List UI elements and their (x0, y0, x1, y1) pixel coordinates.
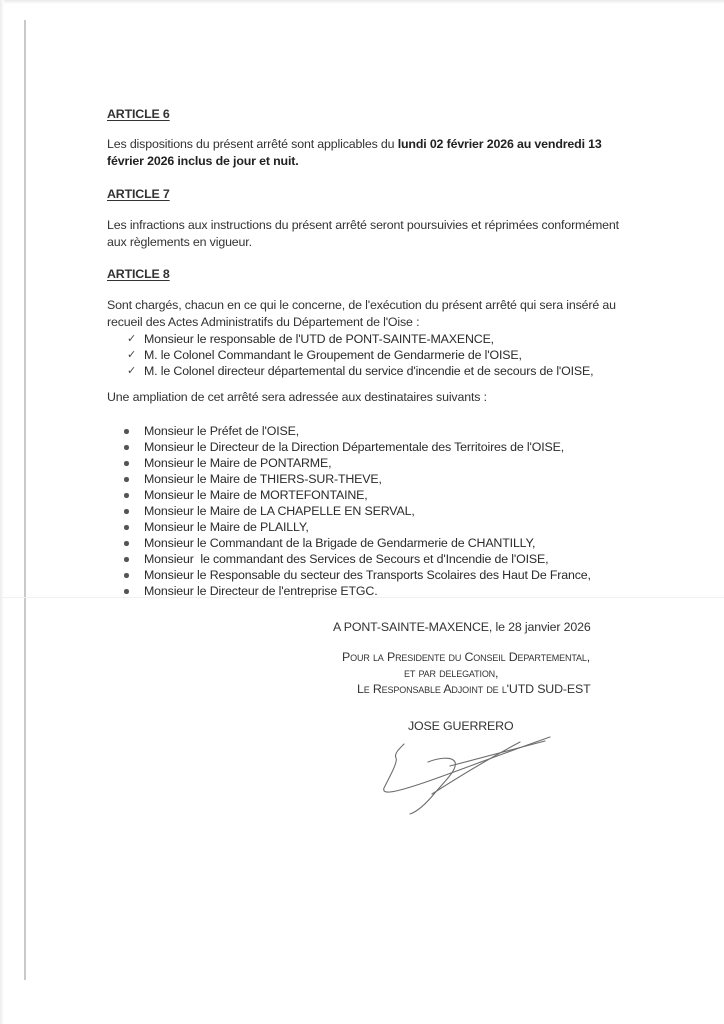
bullet-icon (124, 445, 129, 450)
list-item: Monsieur le Préfet de l'OISE, (107, 423, 627, 439)
article-8-body: Sont chargés, chacun en ce qui le concer… (107, 297, 627, 331)
bullet-icon (124, 509, 129, 514)
signatory-line-3: Le Responsable Adjoint de l'UTD SUD-EST (357, 682, 591, 696)
ampliation: Une ampliation de cet arrêté sera adress… (107, 389, 627, 599)
list-item: ✓M. le Colonel Commandant le Groupement … (107, 347, 627, 363)
bullet-icon (124, 541, 129, 546)
checkmark-icon: ✓ (127, 331, 136, 347)
margin-rule (24, 20, 26, 980)
article-6: ARTICLE 6 Les dispositions du présent ar… (107, 106, 627, 170)
list-item: Monsieur le commandant des Services de S… (107, 551, 627, 567)
responsibles-list: ✓Monsieur le responsable de l'UTD de PON… (107, 331, 627, 379)
list-item: ✓M. le Colonel directeur départemental d… (107, 363, 627, 379)
list-item: Monsieur le Maire de LA CHAPELLE EN SERV… (107, 503, 627, 519)
list-item: Monsieur le Maire de PLAILLY, (107, 519, 627, 535)
bullet-icon (124, 429, 129, 434)
list-item: Monsieur le Maire de THIERS-SUR-THEVE, (107, 471, 627, 487)
page-edge-left (0, 0, 4, 1024)
article-8-title: ARTICLE 8 (107, 266, 627, 283)
bullet-icon (124, 589, 129, 594)
list-item: Monsieur le Commandant de la Brigade de … (107, 535, 627, 551)
bullet-icon (124, 525, 129, 530)
bullet-icon (124, 557, 129, 562)
bullet-icon (124, 493, 129, 498)
article-6-title: ARTICLE 6 (107, 106, 627, 123)
recipients-list: Monsieur le Préfet de l'OISE,Monsieur le… (107, 423, 627, 599)
bullet-icon (124, 461, 129, 466)
checkmark-icon: ✓ (127, 347, 136, 363)
list-item: Monsieur le Maire de MORTEFONTAINE, (107, 487, 627, 503)
place-date: A PONT-SAINTE-MAXENCE, le 28 janvier 202… (333, 620, 591, 634)
signatory-line-1: Pour la Presidente du Conseil Departemen… (342, 650, 590, 664)
signatory-line-2: et par delegation, (404, 666, 498, 680)
ampliation-intro: Une ampliation de cet arrêté sera adress… (107, 389, 627, 406)
page-edge-top (0, 0, 724, 4)
list-item: Monsieur le Maire de PONTARME, (107, 455, 627, 471)
list-item: Monsieur le Responsable du secteur des T… (107, 567, 627, 583)
article-7-title: ARTICLE 7 (107, 186, 627, 203)
signature (380, 732, 560, 817)
article-8: ARTICLE 8 Sont chargés, chacun en ce qui… (107, 266, 627, 379)
list-item: Monsieur le Directeur de l'entreprise ET… (107, 583, 627, 599)
list-item: Monsieur le Directeur de la Direction Dé… (107, 439, 627, 455)
article-7-body: Les infractions aux instructions du prés… (107, 217, 627, 251)
article-7: ARTICLE 7 Les infractions aux instructio… (107, 186, 627, 251)
checkmark-icon: ✓ (127, 363, 136, 379)
list-item: ✓Monsieur le responsable de l'UTD de PON… (107, 331, 627, 347)
article-6-body-text: Les dispositions du présent arrêté sont … (107, 137, 398, 151)
bullet-icon (124, 573, 129, 578)
bullet-icon (124, 477, 129, 482)
article-6-body: Les dispositions du présent arrêté sont … (107, 136, 627, 170)
signer-name: JOSE GUERRERO (408, 719, 513, 733)
